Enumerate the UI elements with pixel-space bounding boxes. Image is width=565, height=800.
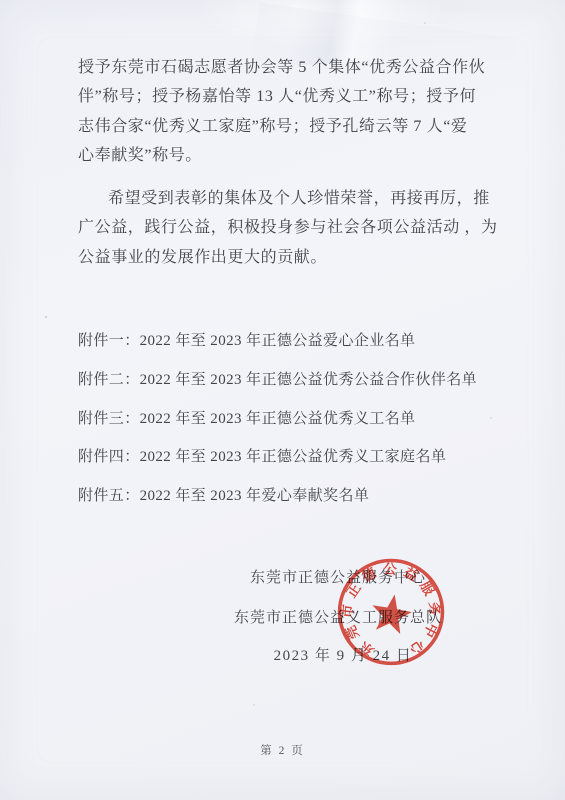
scan-speck xyxy=(45,316,47,318)
body-line: 志伟合家“优秀义工家庭”称号；授予孔绮云等 7 人“爱 xyxy=(78,112,478,141)
body-line: 心奉献奖”称号。 xyxy=(78,141,478,170)
signature-date: 2023 年 9 月 24 日 xyxy=(274,644,413,665)
signature-org-1: 东莞市正德公益服务中心 xyxy=(250,566,426,587)
body-line: 授予东莞市石碣志愿者协会等 5 个集体“优秀公益合作伙 xyxy=(78,53,478,82)
scan-speck xyxy=(424,22,426,24)
page-number: 第 2 页 xyxy=(0,742,565,758)
attachment-item-4: 附件四：2022 年至 2023 年正德公益优秀义工家庭名单 xyxy=(78,438,498,477)
document-page: 授予东莞市石碣志愿者协会等 5 个集体“优秀公益合作伙 伴”称号；授予杨嘉怡等 … xyxy=(0,0,565,800)
attachment-item-1: 附件一：2022 年至 2023 年正德公益爱心企业名单 xyxy=(78,322,498,361)
body-line: 希望受到表彰的集体及个人珍惜荣誉，再接再厉，推 xyxy=(78,184,478,213)
body-line: 伴”称号；授予杨嘉怡等 13 人“优秀义工”称号；授予何 xyxy=(78,82,478,111)
body-paragraph-awards: 授予东莞市石碣志愿者协会等 5 个集体“优秀公益合作伙 伴”称号；授予杨嘉怡等 … xyxy=(78,53,478,170)
body-line: 广公益，践行公益，积极投身参与社会各项公益活动 ，为 xyxy=(78,213,478,242)
attachment-item-5: 附件五：2022 年至 2023 年爱心奉献奖名单 xyxy=(78,477,498,516)
body-line: 公益事业的发展作出更大的贡献。 xyxy=(78,243,478,272)
attachment-item-2: 附件二：2022 年至 2023 年正德公益优秀公益合作伙伴名单 xyxy=(78,361,498,400)
scan-speck xyxy=(253,704,255,706)
body-paragraph-hope: 希望受到表彰的集体及个人珍惜荣誉，再接再厉，推 广公益，践行公益，积极投身参与社… xyxy=(78,184,478,272)
attachment-item-3: 附件三：2022 年至 2023 年正德公益优秀义工名单 xyxy=(78,400,498,439)
attachment-list: 附件一：2022 年至 2023 年正德公益爱心企业名单 附件二：2022 年至… xyxy=(78,322,498,516)
signature-org-2: 东莞市正德公益义工服务总队 xyxy=(234,606,442,627)
